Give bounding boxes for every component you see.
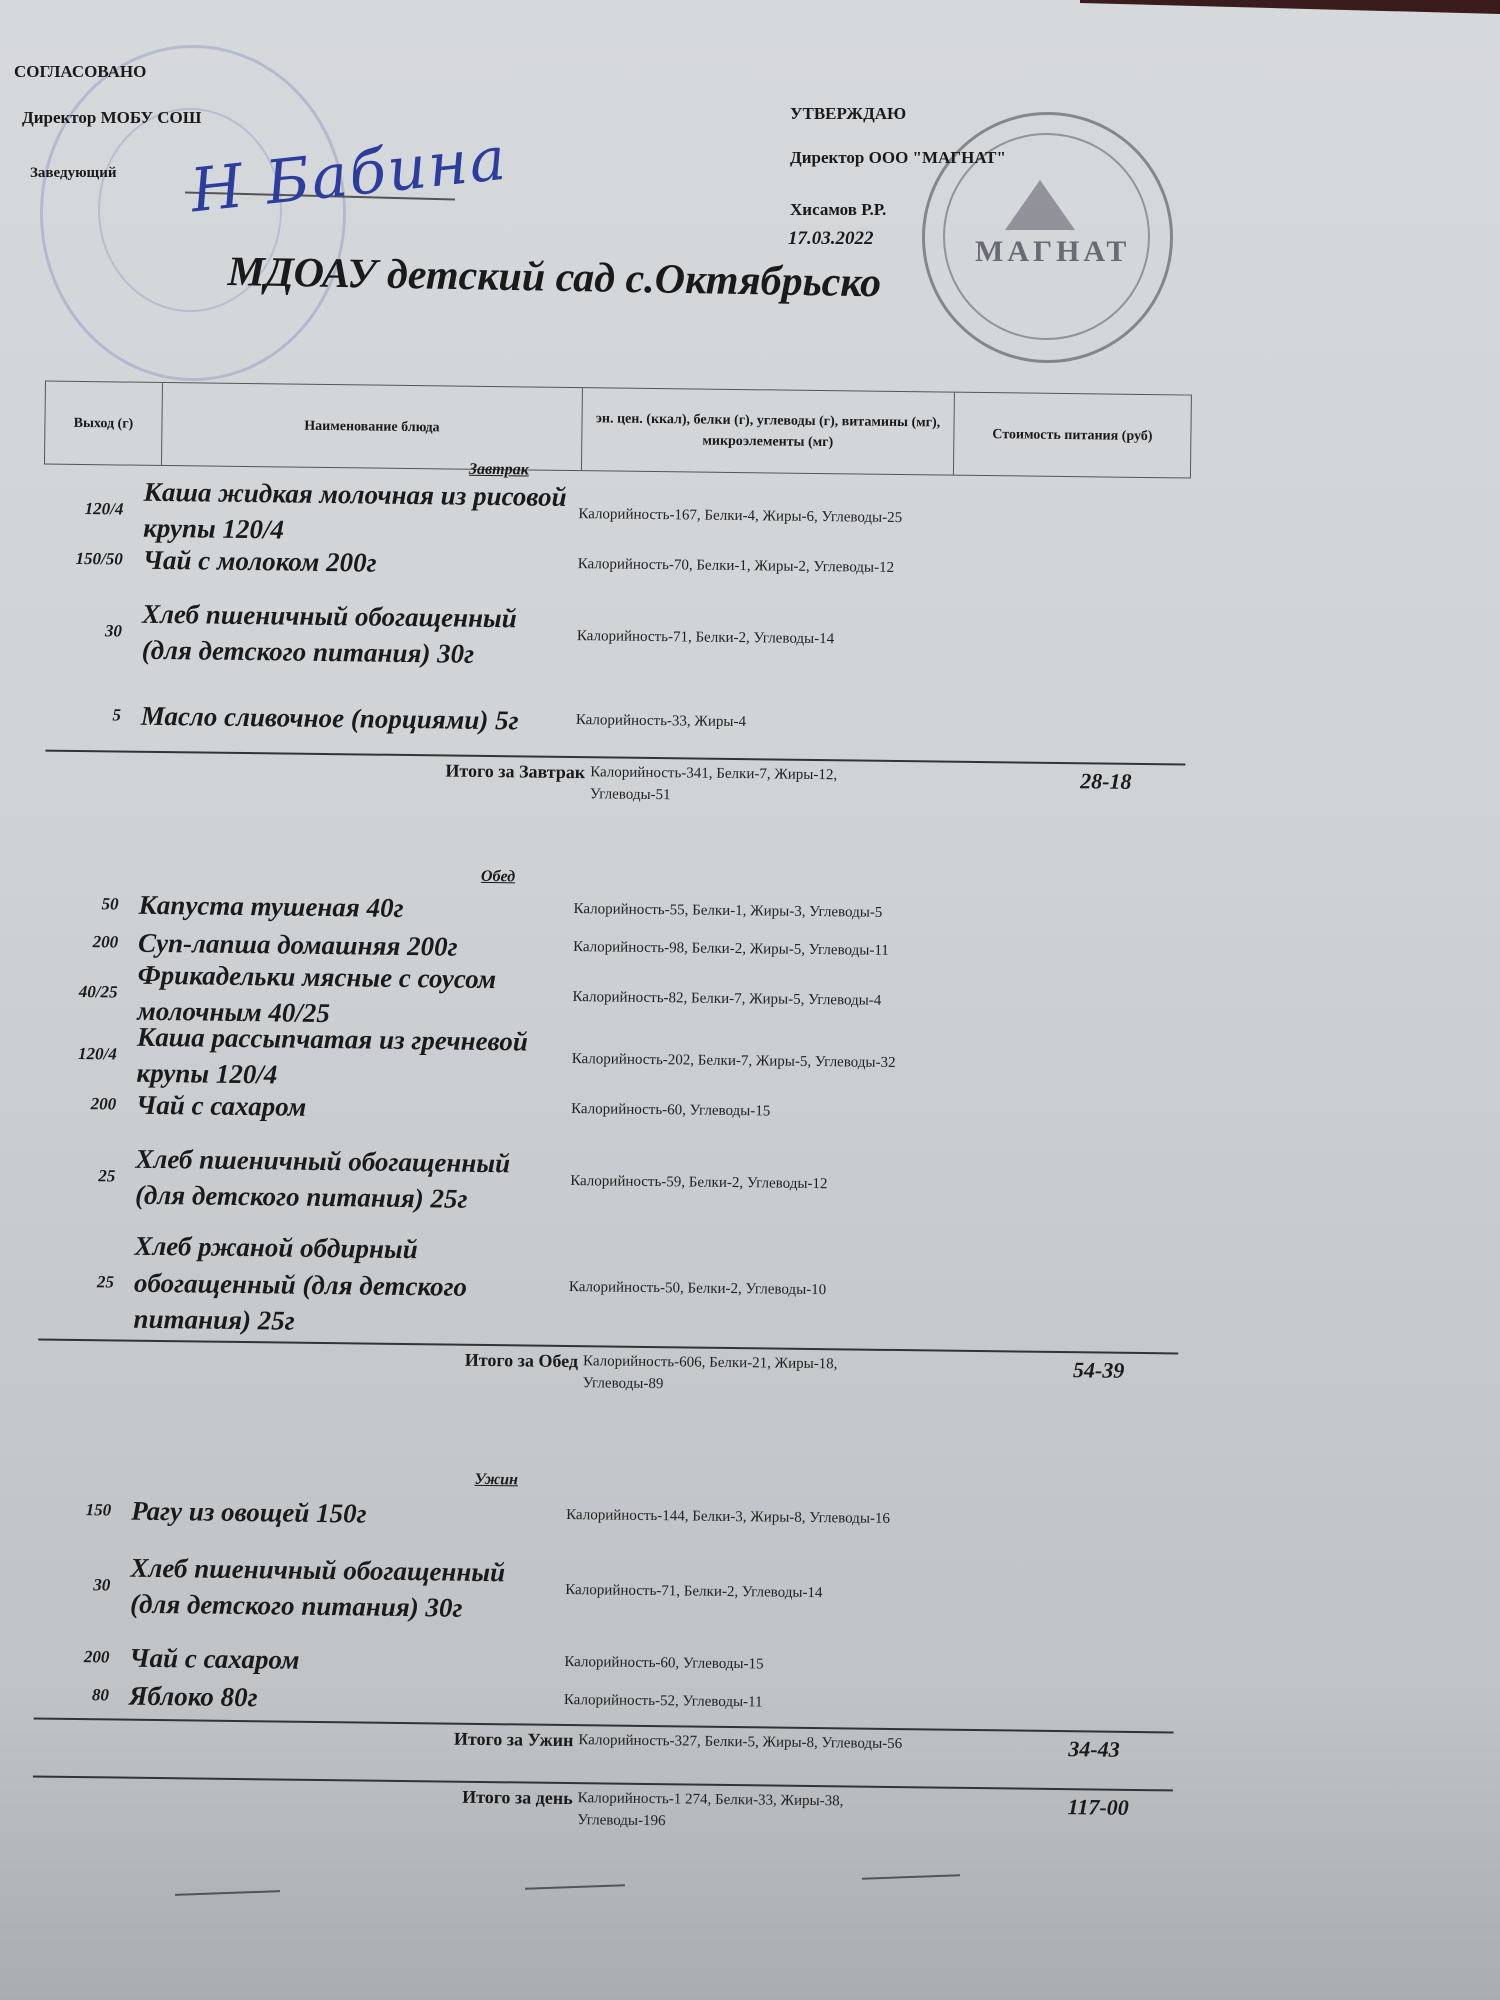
item-name: Чай с сахаром (136, 1087, 561, 1129)
item-name: Хлеб пшеничный обогащенный (для детского… (141, 595, 567, 673)
item-output: 80 (29, 1684, 129, 1705)
total-label: Итого за Ужин (28, 1723, 578, 1751)
item-nutrition: Калорийность-71, Белки-2, Углеводы-14 (567, 626, 917, 652)
item-name: Чай с молоком 200г (143, 542, 568, 584)
item-name: Хлеб ржаной обдирный обогащенный (для де… (133, 1228, 559, 1342)
item-output: 50 (38, 894, 138, 915)
item-output: 5 (41, 705, 141, 726)
item-nutrition: Калорийность-71, Белки-2, Углеводы-14 (555, 1580, 905, 1606)
approval-date: 17.03.2022 (788, 228, 874, 250)
total-cost: 54-39 (913, 1355, 1223, 1385)
item-output: 25 (35, 1165, 135, 1186)
blank-signature-line-3 (862, 1874, 960, 1879)
blank-signature-line-1 (175, 1890, 280, 1896)
item-output: 150/50 (43, 549, 143, 570)
item-name: Хлеб пшеничный обогащенный (для детского… (135, 1140, 561, 1218)
item-output: 120/4 (37, 1044, 137, 1065)
total-nutrition: Калорийность-606, Белки-21, Жиры-18, Угл… (583, 1351, 914, 1399)
total-cost: 28-18 (920, 766, 1230, 796)
item-output: 200 (29, 1646, 129, 1667)
header-dish-name: Наименование блюда (162, 383, 583, 470)
item-nutrition: Калорийность-82, Белки-7, Жиры-5, Углево… (562, 987, 912, 1013)
stamp-logo-text: МАГНАТ (975, 235, 1130, 269)
item-name: Рагу из овощей 150г (131, 1492, 556, 1534)
item-output: 120/4 (43, 499, 143, 520)
total-nutrition: Калорийность-341, Белки-7, Жиры-12, Угле… (590, 762, 921, 810)
item-nutrition: Калорийность-55, Белки-1, Жиры-3, Углево… (563, 899, 913, 925)
header-cost: Стоимость питания (руб) (954, 393, 1191, 478)
blank-signature-line-2 (525, 1884, 625, 1889)
item-nutrition: Калорийность-98, Белки-2, Жиры-5, Углево… (563, 937, 913, 963)
menu-item-row: 120/4Каша жидкая молочная из рисовой кру… (43, 478, 919, 551)
item-name: Каша жидкая молочная из рисовой крупы 12… (143, 473, 569, 551)
header-output: Выход (г) (45, 382, 163, 465)
item-output: 40/25 (37, 982, 137, 1003)
approval-left-position: Директор МОБУ СОШ (22, 108, 201, 128)
menu-item-row: 25Хлеб ржаной обдирный обогащенный (для … (33, 1228, 909, 1345)
section-total-row: Итого за ЗавтракКалорийность-341, Белки-… (40, 756, 1230, 814)
item-output: 25 (34, 1271, 134, 1292)
item-name: Яблоко 80г (129, 1677, 554, 1719)
item-nutrition: Калорийность-33, Жиры-4 (566, 710, 916, 736)
item-name: Масло сливочное (порциями) 5г (141, 698, 566, 740)
day-total-row: Итого за деньКалорийность-1 274, Белки-3… (27, 1781, 1217, 1839)
stamp-mountain-logo-icon (1005, 180, 1075, 230)
item-output: 30 (42, 621, 142, 642)
approval-right-position: Директор ООО "МАГНАТ" (790, 148, 1006, 168)
approval-left-heading: СОГЛАСОВАНО (14, 62, 146, 82)
approval-left-role: Заведующий (30, 165, 116, 182)
menu-item-row: 25Хлеб пшеничный обогащенный (для детско… (35, 1122, 911, 1239)
document-title: МДОАУ детский сад с.Октябрьско (227, 248, 881, 307)
item-nutrition: Калорийность-202, Белки-7, Жиры-5, Углев… (562, 1049, 912, 1075)
item-output: 200 (38, 932, 138, 953)
total-nutrition: Калорийность-327, Белки-5, Жиры-8, Углев… (578, 1730, 908, 1756)
item-output: 200 (36, 1093, 136, 1114)
item-nutrition: Калорийность-50, Белки-2, Углеводы-10 (559, 1277, 909, 1303)
total-cost: 34-43 (908, 1734, 1218, 1764)
day-total-label: Итого за день (28, 1781, 578, 1809)
menu-item-row: 120/4Каша рассыпчатая из гречневой крупы… (36, 1023, 912, 1096)
item-output: 150 (31, 1499, 131, 1520)
day-total-nutrition: Калорийность-1 274, Белки-33, Жиры-38, У… (577, 1788, 908, 1836)
section-title: Ужин (474, 1471, 518, 1490)
item-nutrition: Калорийность-60, Углеводы-15 (561, 1099, 911, 1125)
photo-background-corner (1080, 0, 1500, 14)
table-header: Выход (г) Наименование блюда эн. цен. (к… (44, 381, 1192, 479)
item-output: 30 (30, 1574, 130, 1595)
item-nutrition: Калорийность-60, Углеводы-15 (554, 1652, 904, 1678)
item-name: Хлеб пшеничный обогащенный (для детского… (130, 1549, 556, 1627)
item-name: Капуста тушеная 40г (138, 887, 563, 929)
menu-item-row: 30Хлеб пшеничный обогащенный (для детско… (30, 1531, 906, 1648)
item-nutrition: Калорийность-144, Белки-3, Жиры-8, Углев… (556, 1505, 906, 1531)
total-label: Итого за Завтрак (40, 756, 590, 784)
item-name: Каша рассыпчатая из гречневой крупы 120/… (136, 1018, 562, 1096)
day-total-cost: 117-00 (907, 1792, 1217, 1822)
approval-right-name: Хисамов Р.Р. (790, 200, 886, 220)
item-nutrition: Калорийность-52, Углеводы-11 (554, 1690, 904, 1716)
item-nutrition: Калорийность-167, Белки-4, Жиры-6, Углев… (568, 504, 918, 530)
header-nutrition: эн. цен. (ккал), белки (г), углеводы (г)… (582, 388, 955, 475)
total-label: Итого за Обед (33, 1344, 583, 1372)
approval-right-heading: УТВЕРЖДАЮ (790, 104, 906, 124)
item-nutrition: Калорийность-59, Белки-2, Углеводы-12 (560, 1171, 910, 1197)
menu-item-row: 30Хлеб пшеничный обогащенный (для детско… (41, 578, 917, 695)
section-total-row: Итого за ОбедКалорийность-606, Белки-21,… (33, 1344, 1223, 1402)
item-name: Чай с сахаром (129, 1639, 554, 1681)
menu-item-row: 5Масло сливочное (порциями) 5гКалорийнос… (41, 684, 917, 757)
item-nutrition: Калорийность-70, Белки-1, Жиры-2, Углево… (568, 554, 918, 580)
section-title: Обед (481, 868, 515, 886)
